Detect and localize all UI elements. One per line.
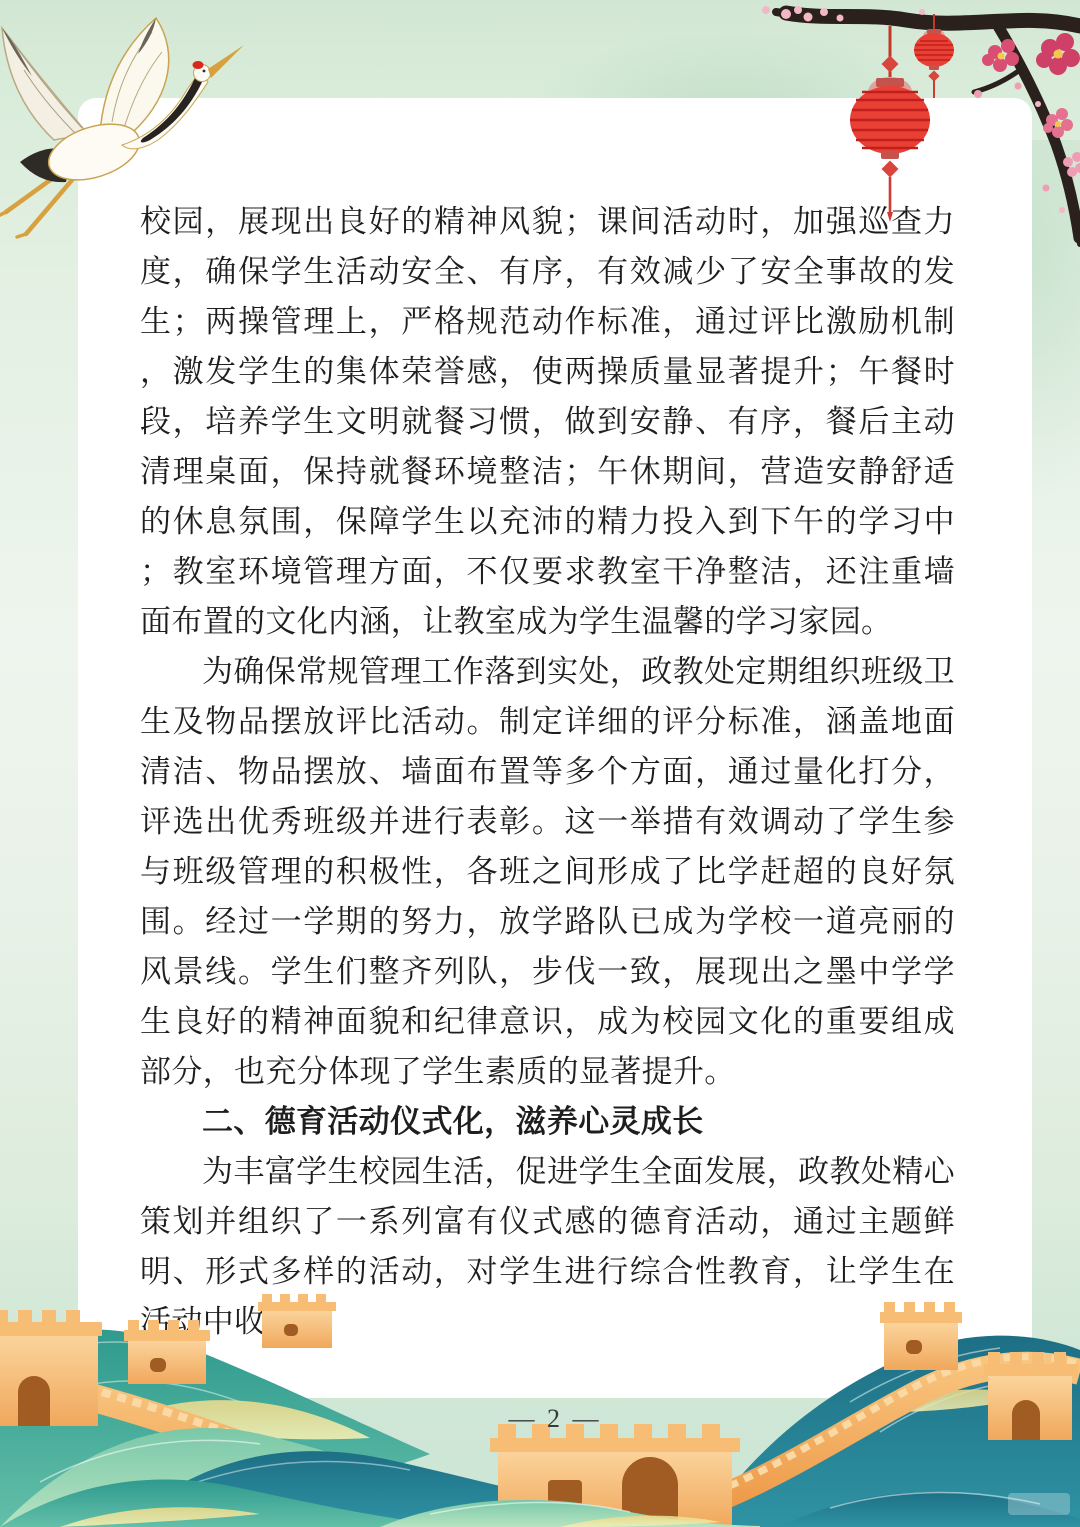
crane-icon xyxy=(0,12,247,247)
plum-blossom-branch-icon xyxy=(750,0,1080,280)
plum-branch-illustration xyxy=(750,0,1080,280)
document-body-text: 校园，展现出良好的精神风貌；课间活动时，加强巡查力度，确保学生活动安全、有序，有… xyxy=(140,197,955,1347)
section-heading: 二、德育活动仪式化，滋养心灵成长 xyxy=(140,1097,955,1147)
watermark xyxy=(1008,1493,1070,1515)
crane-illustration xyxy=(0,12,247,247)
wall-tower xyxy=(124,1320,210,1384)
page-number: — 2 — xyxy=(78,1404,1032,1434)
document-page: { "content": { "paragraph_1": "校园，展现出良好的… xyxy=(0,0,1080,1527)
wall-tower xyxy=(258,1294,336,1348)
paragraph: 为确保常规管理工作落到实处，政教处定期组织班级卫生及物品摆放评比活动。制定详细的… xyxy=(140,647,955,1097)
wall-tower xyxy=(880,1302,962,1370)
document-card: 校园，展现出良好的精神风貌；课间活动时，加强巡查力度，确保学生活动安全、有序，有… xyxy=(78,98,1032,1398)
